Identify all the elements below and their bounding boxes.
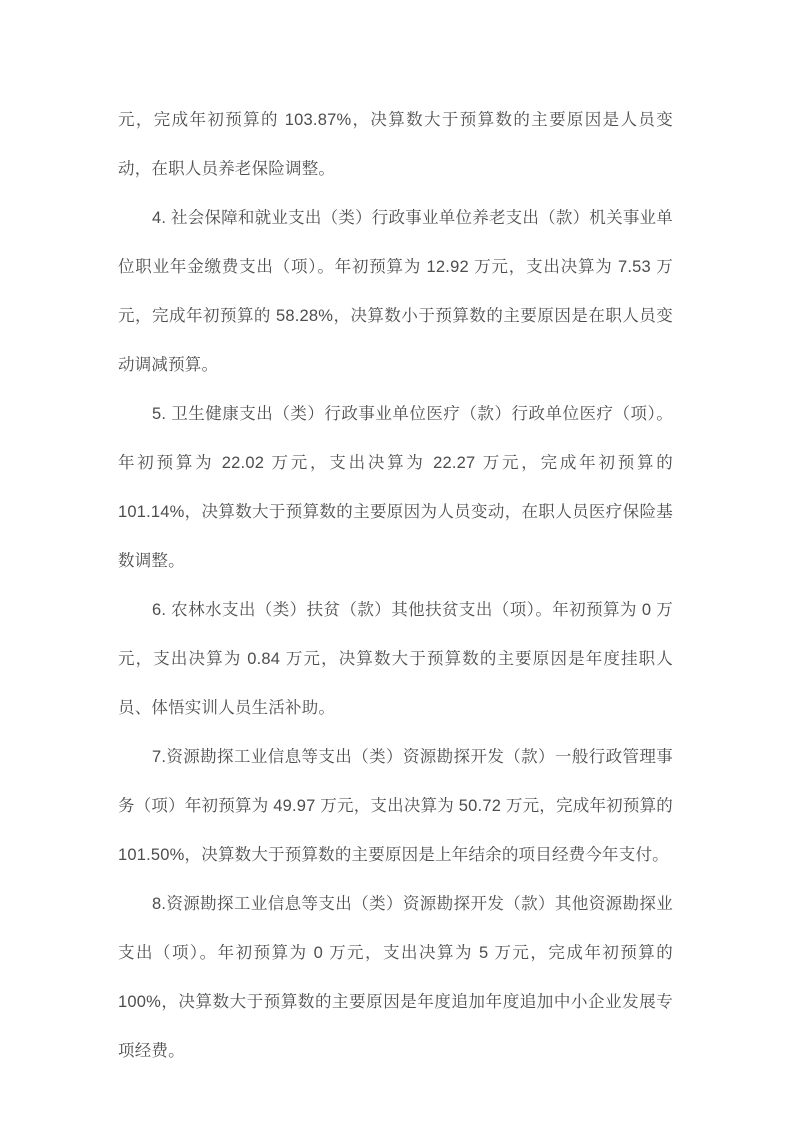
paragraph-item-4: 4. 社会保障和就业支出（类）行政事业单位养老支出（款）机关事业单位职业年金缴费… — [118, 194, 673, 390]
paragraph-item-6: 6. 农林水支出（类）扶贫（款）其他扶贫支出（项）。年初预算为 0 万元，支出决… — [118, 586, 673, 733]
paragraph-item-7: 7.资源勘探工业信息等支出（类）资源勘探开发（款）一般行政管理事务（项）年初预算… — [118, 733, 673, 880]
paragraph-item-5: 5. 卫生健康支出（类）行政事业单位医疗（款）行政单位医疗（项）。年初预算为 2… — [118, 390, 673, 586]
document-body: 元，完成年初预算的 103.87%，决算数大于预算数的主要原因是人员变动，在职人… — [118, 96, 673, 1076]
paragraph-continuation: 元，完成年初预算的 103.87%，决算数大于预算数的主要原因是人员变动，在职人… — [118, 96, 673, 194]
document-page: 元，完成年初预算的 103.87%，决算数大于预算数的主要原因是人员变动，在职人… — [0, 0, 793, 1122]
paragraph-item-8: 8.资源勘探工业信息等支出（类）资源勘探开发（款）其他资源勘探业支出（项）。年初… — [118, 880, 673, 1076]
